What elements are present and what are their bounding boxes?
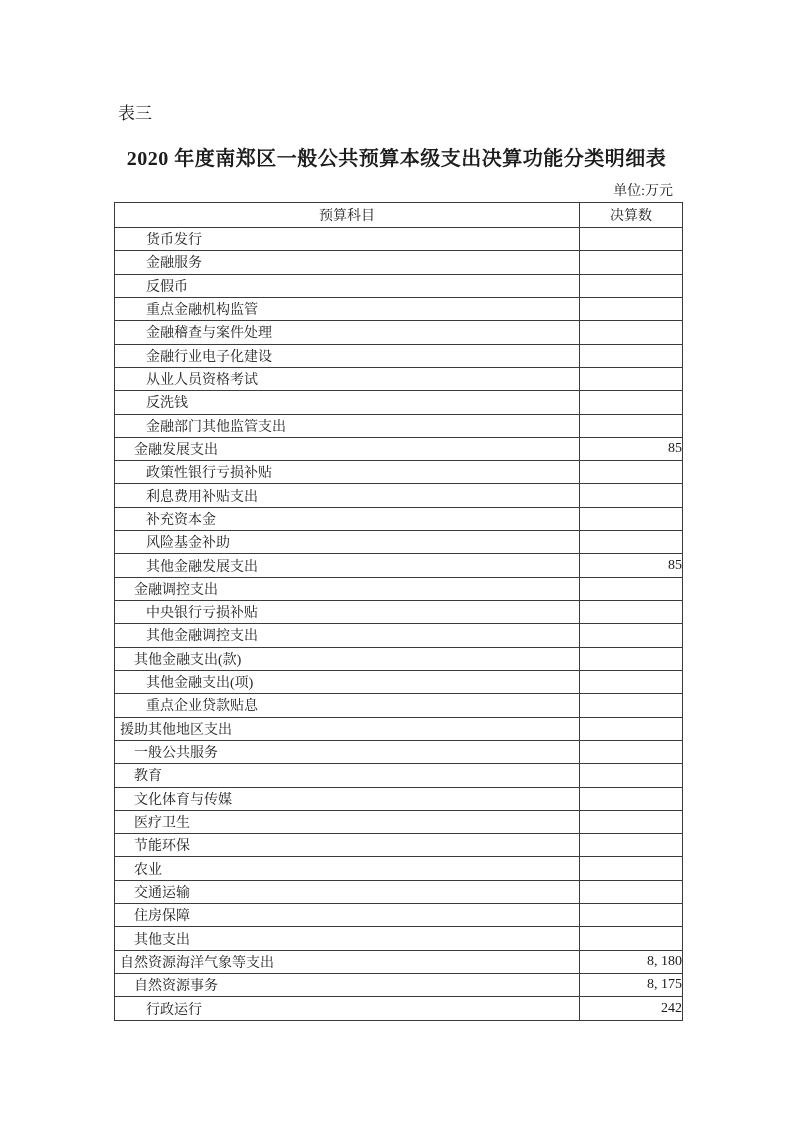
budget-subject-cell: 其他金融支出(项) bbox=[115, 670, 580, 693]
budget-subject-cell: 其他金融发展支出 bbox=[115, 554, 580, 577]
table-row: 中央银行亏损补贴 bbox=[115, 601, 683, 624]
final-amount-cell bbox=[580, 717, 683, 740]
budget-subject-cell: 重点金融机构监管 bbox=[115, 297, 580, 320]
final-amount-cell bbox=[580, 810, 683, 833]
table-row: 重点企业贷款贴息 bbox=[115, 694, 683, 717]
budget-subject-cell: 金融发展支出 bbox=[115, 437, 580, 460]
budget-subject-cell: 医疗卫生 bbox=[115, 810, 580, 833]
page-title: 2020 年度南郑区一般公共预算本级支出决算功能分类明细表 bbox=[0, 142, 793, 171]
budget-subject-cell: 行政运行 bbox=[115, 997, 580, 1021]
table-row: 补充资本金 bbox=[115, 507, 683, 530]
budget-subject-cell: 其他金融调控支出 bbox=[115, 624, 580, 647]
document-page: 表三 2020 年度南郑区一般公共预算本级支出决算功能分类明细表 单位:万元 预… bbox=[0, 0, 793, 1122]
table-row: 金融服务 bbox=[115, 251, 683, 274]
table-row: 行政运行242 bbox=[115, 997, 683, 1021]
table-row: 教育 bbox=[115, 764, 683, 787]
final-amount-cell: 242 bbox=[580, 997, 683, 1021]
final-amount-cell bbox=[580, 670, 683, 693]
budget-subject-cell: 金融行业电子化建设 bbox=[115, 344, 580, 367]
budget-subject-cell: 利息费用补贴支出 bbox=[115, 484, 580, 507]
final-amount-cell bbox=[580, 694, 683, 717]
table-row: 农业 bbox=[115, 857, 683, 880]
final-amount-cell bbox=[580, 834, 683, 857]
budget-subject-cell: 反洗钱 bbox=[115, 391, 580, 414]
final-amount-cell: 85 bbox=[580, 554, 683, 577]
table-row: 反洗钱 bbox=[115, 391, 683, 414]
final-amount-cell bbox=[580, 414, 683, 437]
budget-subject-cell: 中央银行亏损补贴 bbox=[115, 601, 580, 624]
table-row: 节能环保 bbox=[115, 834, 683, 857]
table-row: 从业人员资格考试 bbox=[115, 367, 683, 390]
final-amount-cell bbox=[580, 880, 683, 903]
table-row: 金融发展支出85 bbox=[115, 437, 683, 460]
table-row: 自然资源事务8, 175 bbox=[115, 974, 683, 997]
table-row: 其他金融支出(项) bbox=[115, 670, 683, 693]
table-row: 金融稽查与案件处理 bbox=[115, 321, 683, 344]
table-row: 住房保障 bbox=[115, 904, 683, 927]
final-amount-cell bbox=[580, 274, 683, 297]
column-header-final-amount: 决算数 bbox=[580, 203, 683, 228]
final-amount-cell bbox=[580, 507, 683, 530]
table-row: 其他金融支出(款) bbox=[115, 647, 683, 670]
table-row: 重点金融机构监管 bbox=[115, 297, 683, 320]
final-amount-cell bbox=[580, 391, 683, 414]
table-row: 金融行业电子化建设 bbox=[115, 344, 683, 367]
budget-subject-cell: 政策性银行亏损补贴 bbox=[115, 461, 580, 484]
budget-subject-cell: 其他金融支出(款) bbox=[115, 647, 580, 670]
budget-subject-cell: 交通运输 bbox=[115, 880, 580, 903]
budget-subject-cell: 自然资源事务 bbox=[115, 974, 580, 997]
table-row: 医疗卫生 bbox=[115, 810, 683, 833]
table-row: 金融部门其他监管支出 bbox=[115, 414, 683, 437]
budget-subject-cell: 自然资源海洋气象等支出 bbox=[115, 950, 580, 973]
final-amount-cell bbox=[580, 228, 683, 251]
budget-subject-cell: 风险基金补助 bbox=[115, 531, 580, 554]
table-header-row: 预算科目 决算数 bbox=[115, 203, 683, 228]
table-row: 风险基金补助 bbox=[115, 531, 683, 554]
final-amount-cell bbox=[580, 904, 683, 927]
budget-subject-cell: 货币发行 bbox=[115, 228, 580, 251]
budget-subject-cell: 节能环保 bbox=[115, 834, 580, 857]
budget-subject-cell: 金融部门其他监管支出 bbox=[115, 414, 580, 437]
table-row: 利息费用补贴支出 bbox=[115, 484, 683, 507]
budget-subject-cell: 其他支出 bbox=[115, 927, 580, 950]
final-amount-cell bbox=[580, 297, 683, 320]
final-amount-cell bbox=[580, 484, 683, 507]
final-amount-cell bbox=[580, 927, 683, 950]
final-amount-cell bbox=[580, 251, 683, 274]
budget-subject-cell: 文化体育与传媒 bbox=[115, 787, 580, 810]
final-amount-cell bbox=[580, 601, 683, 624]
column-header-budget-subject: 预算科目 bbox=[115, 203, 580, 228]
final-amount-cell bbox=[580, 577, 683, 600]
table-row: 其他金融调控支出 bbox=[115, 624, 683, 647]
table-row: 金融调控支出 bbox=[115, 577, 683, 600]
table-row: 一般公共服务 bbox=[115, 740, 683, 763]
final-amount-cell bbox=[580, 764, 683, 787]
final-amount-cell bbox=[580, 647, 683, 670]
table-row: 货币发行 bbox=[115, 228, 683, 251]
table-row: 其他支出 bbox=[115, 927, 683, 950]
table-row: 文化体育与传媒 bbox=[115, 787, 683, 810]
final-amount-cell bbox=[580, 857, 683, 880]
final-amount-cell bbox=[580, 624, 683, 647]
budget-subject-cell: 援助其他地区支出 bbox=[115, 717, 580, 740]
table-row: 援助其他地区支出 bbox=[115, 717, 683, 740]
budget-subject-cell: 补充资本金 bbox=[115, 507, 580, 530]
budget-subject-cell: 金融服务 bbox=[115, 251, 580, 274]
budget-subject-cell: 农业 bbox=[115, 857, 580, 880]
budget-subject-cell: 一般公共服务 bbox=[115, 740, 580, 763]
budget-subject-cell: 教育 bbox=[115, 764, 580, 787]
final-amount-cell: 85 bbox=[580, 437, 683, 460]
budget-subject-cell: 重点企业贷款贴息 bbox=[115, 694, 580, 717]
table-row: 反假币 bbox=[115, 274, 683, 297]
table-row: 其他金融发展支出85 bbox=[115, 554, 683, 577]
table-row: 政策性银行亏损补贴 bbox=[115, 461, 683, 484]
table-number-label: 表三 bbox=[118, 102, 152, 126]
final-amount-cell bbox=[580, 367, 683, 390]
table-row: 交通运输 bbox=[115, 880, 683, 903]
final-amount-cell bbox=[580, 461, 683, 484]
budget-subject-cell: 从业人员资格考试 bbox=[115, 367, 580, 390]
table-row: 自然资源海洋气象等支出8, 180 bbox=[115, 950, 683, 973]
final-amount-cell bbox=[580, 787, 683, 810]
budget-subject-cell: 金融稽查与案件处理 bbox=[115, 321, 580, 344]
budget-table: 预算科目 决算数 货币发行金融服务反假币重点金融机构监管金融稽查与案件处理金融行… bbox=[114, 202, 683, 1021]
final-amount-cell bbox=[580, 740, 683, 763]
final-amount-cell bbox=[580, 531, 683, 554]
budget-subject-cell: 反假币 bbox=[115, 274, 580, 297]
final-amount-cell bbox=[580, 321, 683, 344]
final-amount-cell: 8, 180 bbox=[580, 950, 683, 973]
final-amount-cell bbox=[580, 344, 683, 367]
unit-note: 单位:万元 bbox=[613, 180, 673, 200]
final-amount-cell: 8, 175 bbox=[580, 974, 683, 997]
budget-subject-cell: 住房保障 bbox=[115, 904, 580, 927]
budget-subject-cell: 金融调控支出 bbox=[115, 577, 580, 600]
